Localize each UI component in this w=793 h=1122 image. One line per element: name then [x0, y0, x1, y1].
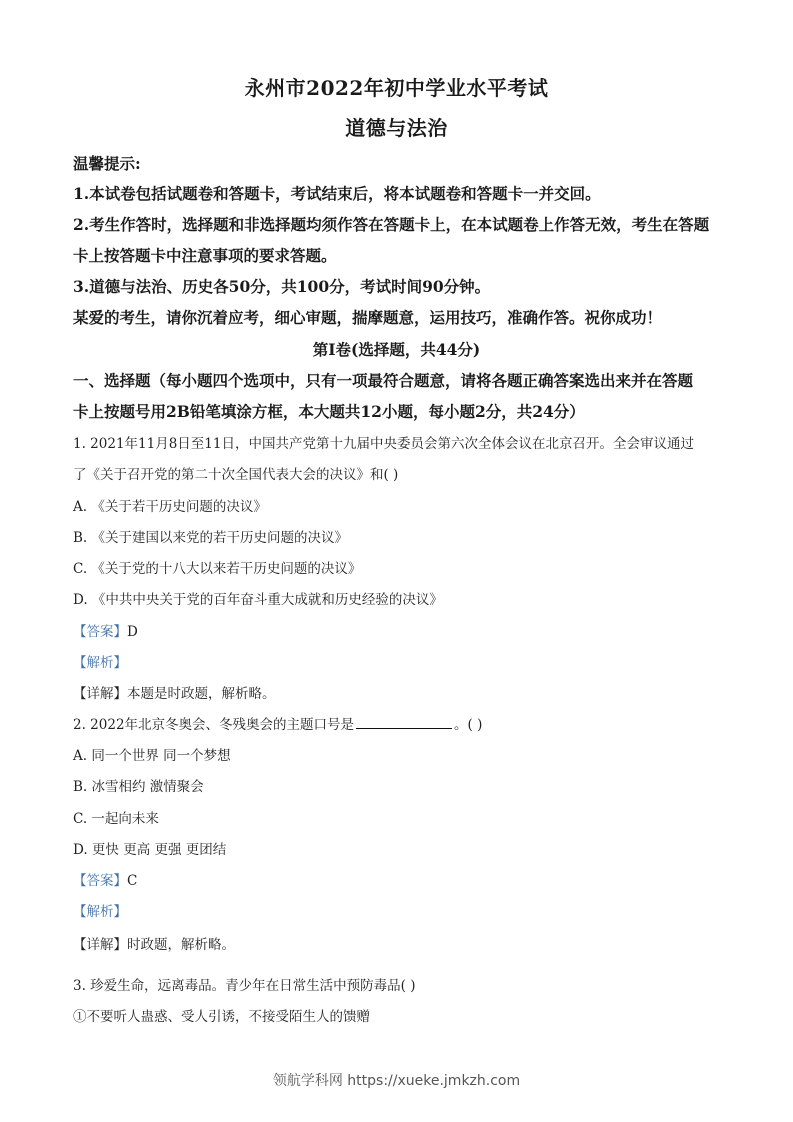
q2-analysis-label: 【解析】 — [73, 900, 127, 920]
detail-text: 本题是时政题，解析略。 — [127, 686, 276, 702]
q1-option-a: A. 《关于若干历史问题的决议》 — [73, 495, 267, 515]
q2-option-b: B. 冰雪相约 激情聚会 — [73, 775, 204, 795]
q1-analysis-label: 【解析】 — [73, 651, 127, 671]
notice-greeting: 某爱的考生，请你沉着应考，细心审题，揣摩题意，运用技巧，准确作答。祝你成功！ — [73, 306, 662, 328]
notice-item-2-cont: 卡上按答题卡中注意事项的要求答题。 — [73, 244, 337, 266]
answer-label: 【答案】 — [73, 624, 127, 640]
exam-title: 永州市2022年初中学业水平考试 — [0, 72, 793, 101]
fill-blank — [356, 716, 452, 729]
exam-subject: 道德与法治 — [0, 112, 793, 141]
detail-label: 【详解】 — [73, 937, 127, 953]
detail-label: 【详解】 — [73, 686, 127, 702]
answer-value: D — [127, 624, 138, 640]
q2-option-a: A. 同一个世界 同一个梦想 — [73, 744, 231, 764]
notice-item-2: 2.考生作答时，选择题和非选择题均须作答在答题卡上，在本试题卷上作答无效，考生在… — [73, 213, 709, 235]
detail-text: 时政题，解析略。 — [127, 937, 235, 953]
section-instruction-2: 卡上按题号用2B铅笔填涂方框，本大题共12小题，每小题2分，共24分） — [73, 400, 585, 422]
q2-option-c: C. 一起向未来 — [73, 807, 159, 827]
q3-stem: 3. 珍爱生命，远离毒品。青少年在日常生活中预防毒品( ) — [73, 974, 416, 994]
q1-stem-line2: 了《关于召开党的第二十次全国代表大会的决议》和( ) — [73, 463, 398, 483]
q1-detail: 【详解】本题是时政题，解析略。 — [73, 682, 276, 702]
q3-statement-1: ①不要听人蛊惑、受人引诱，不接受陌生人的馈赠 — [73, 1005, 370, 1025]
notice-heading: 温馨提示: — [73, 152, 141, 174]
notice-item-1: 1.本试卷包括试题卷和答题卡，考试结束后，将本试题卷和答题卡一并交回。 — [73, 182, 601, 204]
section-title: 第Ⅰ卷(选择题，共44分) — [0, 338, 793, 360]
answer-value: C — [127, 873, 137, 889]
q2-stem-prefix: 2. 2022年北京冬奥会、冬残奥会的主题口号是 — [73, 717, 354, 733]
exam-page: 永州市2022年初中学业水平考试 道德与法治 温馨提示: 1.本试卷包括试题卷和… — [0, 0, 793, 1122]
q1-stem-line1: 1. 2021年11月8日至11日，中国共产党第十九届中央委员会第六次全体会议在… — [73, 432, 694, 452]
footer-watermark: 领航学科网 https://xueke.jmkzh.com — [0, 1070, 793, 1090]
q1-answer: 【答案】D — [73, 620, 138, 640]
q1-option-c: C. 《关于党的十八大以来若干历史问题的决议》 — [73, 557, 361, 577]
q2-stem-suffix: 。( ) — [454, 717, 482, 733]
q2-stem: 2. 2022年北京冬奥会、冬残奥会的主题口号是。( ) — [73, 713, 482, 733]
notice-item-3: 3.道德与法治、历史各50分，共100分，考试时间90分钟。 — [73, 275, 490, 297]
q2-detail: 【详解】时政题，解析略。 — [73, 933, 235, 953]
q2-option-d: D. 更快 更高 更强 更团结 — [73, 838, 226, 858]
q2-answer: 【答案】C — [73, 869, 137, 889]
section-instruction-1: 一、选择题（每小题四个选项中，只有一项最符合题意，请将各题正确答案选出来并在答题 — [73, 369, 693, 391]
answer-label: 【答案】 — [73, 873, 127, 889]
q1-option-d: D. 《中共中央关于党的百年奋斗重大成就和历史经验的决议》 — [73, 588, 443, 608]
q1-option-b: B. 《关于建国以来党的若干历史问题的决议》 — [73, 526, 348, 546]
